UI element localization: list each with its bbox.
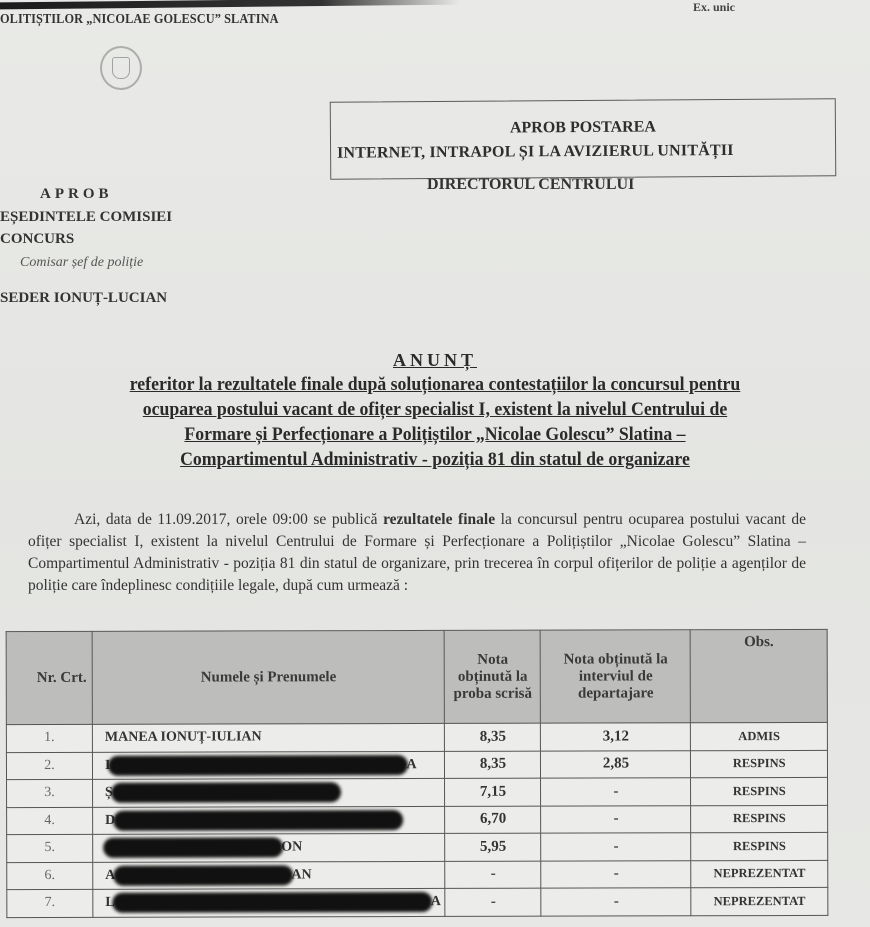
table-row: 2.IA8,352,85RESPINS <box>6 750 827 780</box>
interview-score: - <box>541 833 691 861</box>
row-number: 3. <box>7 779 93 807</box>
interview-score: - <box>541 805 691 833</box>
posting-approval-box: APROB POSTAREA INTERNET, INTRAPOL ȘI LA … <box>330 98 837 180</box>
interview-score: 3,12 <box>541 723 691 751</box>
table-row: 3.Ș7,15-RESPINS <box>7 777 828 807</box>
candidate-name: ON <box>93 833 446 861</box>
redaction-bar <box>113 865 293 885</box>
header-written-score: Nota obținută la proba scrisă <box>445 630 541 723</box>
candidate-name: Ș <box>93 778 446 806</box>
written-score: 8,35 <box>445 751 541 779</box>
announcement-heading: ANUNȚ <box>393 350 477 371</box>
written-score: 7,15 <box>445 778 541 806</box>
result-status: NEPREZENTAT <box>691 887 828 915</box>
body-paragraph: Azi, data de 11.09.2017, orele 09:00 se … <box>28 509 806 597</box>
seal-icon <box>100 46 142 90</box>
final-results-emphasis: rezultatele finale <box>383 511 495 528</box>
header-name: Numele și Prenumele <box>92 630 445 724</box>
candidate-name-end: AN <box>291 867 311 882</box>
header-interview-score: Nota obținută la interviul de departajar… <box>541 630 691 723</box>
result-status: RESPINS <box>691 832 828 860</box>
header-nr: Nr. Crt. <box>6 631 92 724</box>
results-table: Nr. Crt. Numele și Prenumele Nota obținu… <box>6 629 829 918</box>
document-page: OLITIȘTILOR „NICOLAE GOLESCU” SLATINA Ex… <box>0 0 870 927</box>
row-number: 6. <box>7 862 93 890</box>
subtitle-line: referitor la rezultatele finale după sol… <box>17 373 852 398</box>
interview-score: 2,85 <box>541 750 691 778</box>
posting-approval-line1: APROB POSTAREA <box>331 117 835 139</box>
page-edge-shadow <box>0 0 460 9</box>
table-row: 7.LA--NEPREZENTAT <box>7 887 828 917</box>
written-score: 8,35 <box>445 723 541 751</box>
candidate-name: D <box>93 806 446 834</box>
written-score: 5,95 <box>445 833 541 861</box>
result-status: ADMIS <box>691 722 828 750</box>
result-status: RESPINS <box>691 777 828 805</box>
redaction-bar <box>111 782 341 803</box>
redaction-bar <box>113 810 403 831</box>
row-number: 4. <box>7 807 93 835</box>
result-status: NEPREZENTAT <box>691 860 828 888</box>
table-row: 1.MANEA IONUȚ-IULIAN8,353,12ADMIS <box>6 722 827 752</box>
redaction-bar <box>108 755 408 776</box>
subtitle-line: Formare și Perfecționare a Polițiștilor … <box>17 423 852 448</box>
result-status: RESPINS <box>691 805 828 833</box>
row-number: 7. <box>7 889 93 917</box>
candidate-name: MANEA IONUȚ-IULIAN <box>92 723 445 751</box>
row-number: 2. <box>6 752 92 780</box>
commission-rank: Comisar șef de poliție <box>20 255 143 271</box>
table-row: 4.D6,70-RESPINS <box>7 805 828 835</box>
posting-approval-line2: INTERNET, INTRAPOL ȘI LA AVIZIERUL UNITĂ… <box>337 141 835 162</box>
candidate-name: AAN <box>93 861 446 889</box>
candidate-name-start: MANEA IONUȚ-IULIAN <box>105 730 262 745</box>
commission-president-name: SEDER IONUȚ-LUCIAN <box>0 290 167 307</box>
subtitle-line: Compartimentul Administrativ - poziția 8… <box>17 448 852 473</box>
commission-president-label: EȘEDINTELE COMISIEI <box>0 209 172 226</box>
candidate-name: IA <box>92 751 445 779</box>
institution-header: OLITIȘTILOR „NICOLAE GOLESCU” SLATINA <box>0 12 279 28</box>
redaction-bar <box>103 838 283 858</box>
director-signatory: DIRECTORUL CENTRULUI <box>427 176 634 194</box>
candidate-name-end: ON <box>281 840 302 855</box>
subtitle-line: ocuparea postului vacant de ofițer speci… <box>17 398 852 423</box>
header-obs: Obs. <box>691 629 828 722</box>
commission-contest-label: CONCURS <box>0 231 74 248</box>
interview-score: - <box>541 778 691 806</box>
row-number: 5. <box>7 834 93 862</box>
written-score: - <box>445 861 541 889</box>
announcement-title: ANUNȚ referitor la rezultatele finale du… <box>0 350 870 473</box>
table-row: 6.AAN--NEPREZENTAT <box>7 860 828 890</box>
announcement-body: Azi, data de 11.09.2017, orele 09:00 se … <box>28 509 806 597</box>
written-score: 6,70 <box>445 806 541 834</box>
redaction-bar <box>113 892 433 913</box>
copy-note: Ex. unic <box>693 0 735 15</box>
approve-label: APROB <box>40 186 113 203</box>
table-header-row: Nr. Crt. Numele și Prenumele Nota obținu… <box>6 629 827 724</box>
candidate-name: LA <box>93 888 446 916</box>
announcement-subtitle: referitor la rezultatele finale după sol… <box>17 373 852 473</box>
table-row: 5.ON5,95-RESPINS <box>7 832 828 862</box>
interview-score: - <box>541 860 691 888</box>
row-number: 1. <box>6 724 92 752</box>
result-status: RESPINS <box>691 750 828 778</box>
written-score: - <box>445 888 541 916</box>
interview-score: - <box>541 888 691 916</box>
